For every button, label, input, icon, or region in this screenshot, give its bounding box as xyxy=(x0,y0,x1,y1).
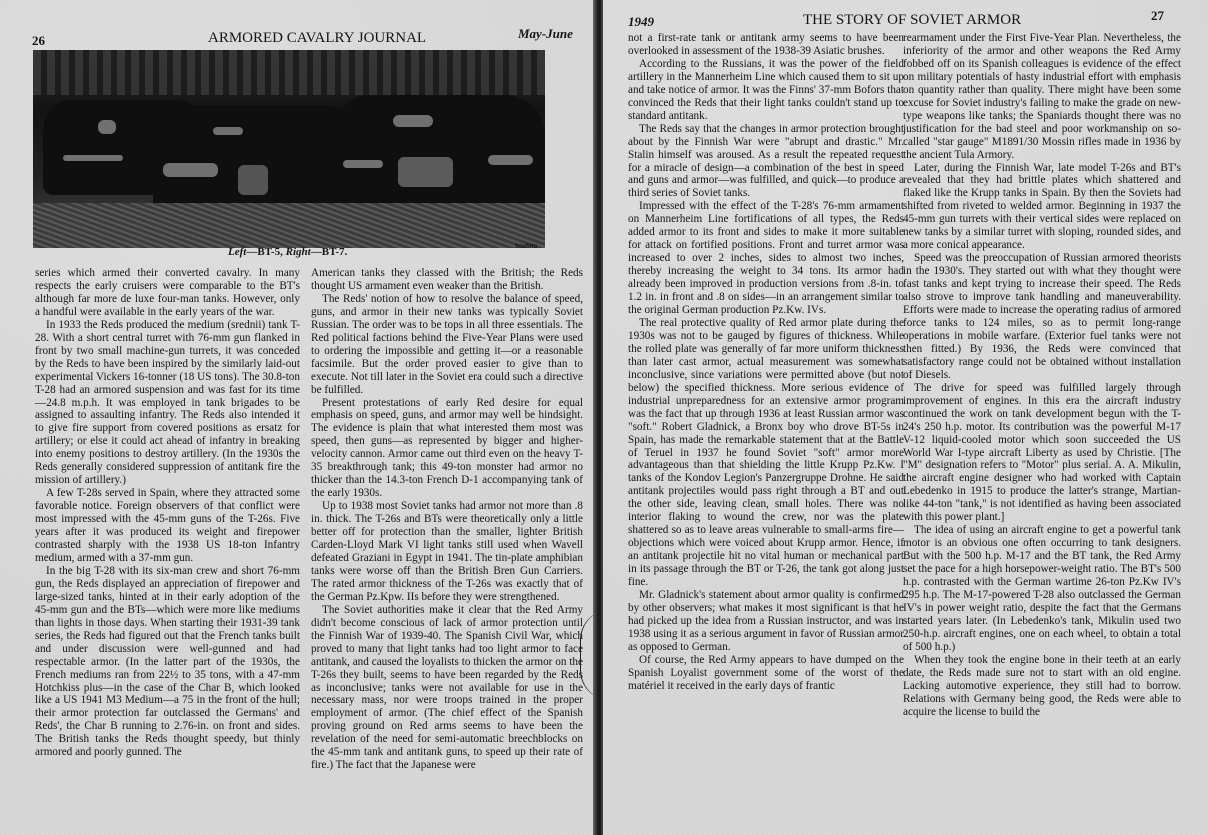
photo-caption: Left—BT-5, Right—BT-7. xyxy=(228,246,347,258)
paragraph: A few T-28s served in Spain, where they … xyxy=(35,487,300,565)
paragraph: Of course, the Red Army appears to have … xyxy=(628,654,904,693)
paragraph: The Reds' notion of how to resolve the b… xyxy=(311,293,583,397)
left-page: 26 ARMORED CAVALRY JOURNAL May-June xyxy=(0,0,597,835)
paragraph: The drive for speed was fulfilled largel… xyxy=(903,382,1181,524)
right-page-column-1: not a first-rate tank or antitank army s… xyxy=(628,32,904,693)
paragraph: Impressed with the effect of the T-28's … xyxy=(628,200,904,317)
paragraph: The Soviet authorities make it clear tha… xyxy=(311,604,583,772)
paragraph: rearmament under the First Five-Year Pla… xyxy=(903,32,1181,162)
paragraph: In the big T-28 with its six-man crew an… xyxy=(35,565,300,759)
paragraph: According to the Russians, it was the po… xyxy=(628,58,904,123)
paragraph: Speed was the preoccupation of Russian a… xyxy=(903,252,1181,382)
photo-background-crowd xyxy=(33,50,545,95)
paragraph: Mr. Gladnick's statement about armor qua… xyxy=(628,589,904,654)
bt5-tank-image-2 xyxy=(153,105,363,215)
running-head-journal-title: ARMORED CAVALRY JOURNAL xyxy=(208,30,426,47)
photo-cobblestone-ground xyxy=(33,203,545,248)
right-page-column-2: rearmament under the First Five-Year Pla… xyxy=(903,8,1181,719)
paragraph: The real protective quality of Red armor… xyxy=(628,317,904,589)
paragraph: American tanks they classed with the Bri… xyxy=(311,267,583,293)
paragraph: The idea of using an aircraft engine to … xyxy=(903,524,1181,654)
paragraph: Later, during the Finnish War, late mode… xyxy=(903,162,1181,253)
bt7-tank-image xyxy=(338,95,545,215)
running-head-year: 1949 xyxy=(628,14,654,30)
tank-photo xyxy=(33,50,545,248)
paragraph: The Reds say that the changes in armor p… xyxy=(628,123,904,201)
paragraph: Present protestations of early Red desir… xyxy=(311,397,583,501)
paragraph: In 1933 the Reds produced the medium (sr… xyxy=(35,319,300,487)
left-page-column-1: series which armed their converted caval… xyxy=(35,267,300,759)
paragraph: series which armed their converted caval… xyxy=(35,267,300,319)
paragraph: not a first-rate tank or antitank army s… xyxy=(628,32,904,58)
paragraph: Up to 1938 most Soviet tanks had armor n… xyxy=(311,500,583,604)
paragraph: When they took the engine bone in their … xyxy=(903,654,1181,719)
left-page-column-2: American tanks they classed with the Bri… xyxy=(311,267,583,772)
right-page: 1949 THE STORY OF SOVIET ARMOR 27 not a … xyxy=(603,0,1208,835)
running-head-issue: May-June xyxy=(518,26,573,42)
magazine-spread: 26 ARMORED CAVALRY JOURNAL May-June xyxy=(0,0,1208,835)
photo-credit: Sovfoto xyxy=(515,244,537,250)
page-number: 26 xyxy=(32,33,45,49)
